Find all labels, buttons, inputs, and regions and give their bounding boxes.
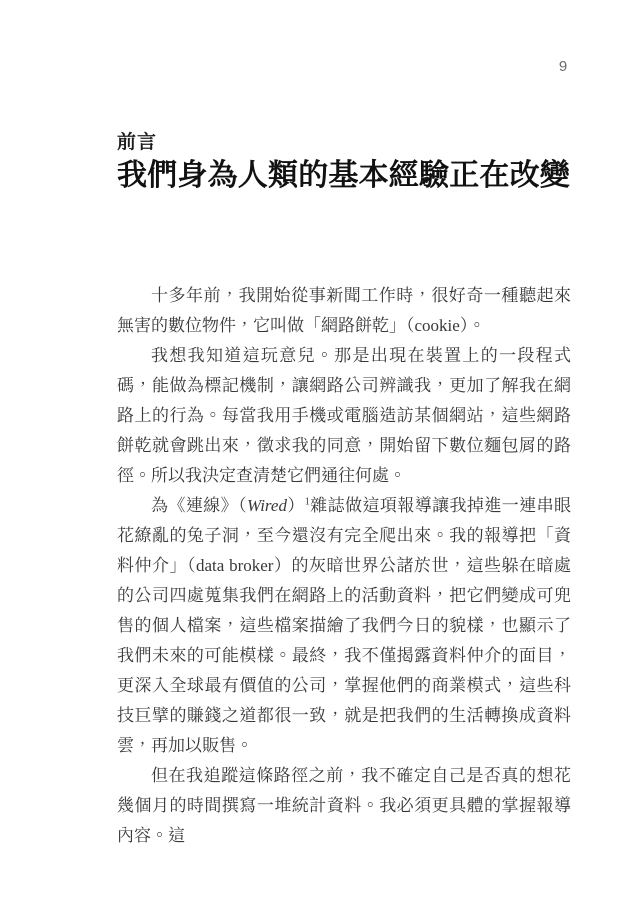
paragraph-2: 我想我知道這玩意兒。那是出現在裝置上的一段程式碼，能做為標記機制，讓網路公司辨識… (117, 341, 571, 491)
page-number: 9 (555, 58, 571, 75)
chapter-header: 前言 我們身為人類的基本經驗正在改變 (117, 133, 577, 192)
paragraph-1: 十多年前，我開始從事新聞工作時，很好奇一種聽起來無害的數位物件，它叫做「網路餅乾… (117, 281, 571, 341)
book-page: 9 前言 我們身為人類的基本經驗正在改變 十多年前，我開始從事新聞工作時，很好奇… (0, 0, 641, 900)
paragraph-3-rest: 雜誌做這項報導讓我掉進一連串眼花繚亂的兔子洞，至今還沒有完全爬出來。我的報導把「… (117, 496, 571, 755)
paragraph-4: 但在我追蹤這條路徑之前，我不確定自己是否真的想花幾個月的時間撰寫一堆統計資料。我… (117, 761, 571, 851)
paragraph-3-pre: 為《連線》（ (151, 496, 247, 515)
chapter-title: 我們身為人類的基本經驗正在改變 (117, 159, 577, 192)
section-label: 前言 (117, 133, 577, 154)
paragraph-3-close-paren: ） (287, 496, 305, 515)
paragraph-3: 為《連線》（Wired）1雜誌做這項報導讓我掉進一連串眼花繚亂的兔子洞，至今還沒… (117, 491, 571, 761)
body-text: 十多年前，我開始從事新聞工作時，很好奇一種聽起來無害的數位物件，它叫做「網路餅乾… (117, 281, 571, 851)
magazine-title: Wired (247, 496, 287, 515)
